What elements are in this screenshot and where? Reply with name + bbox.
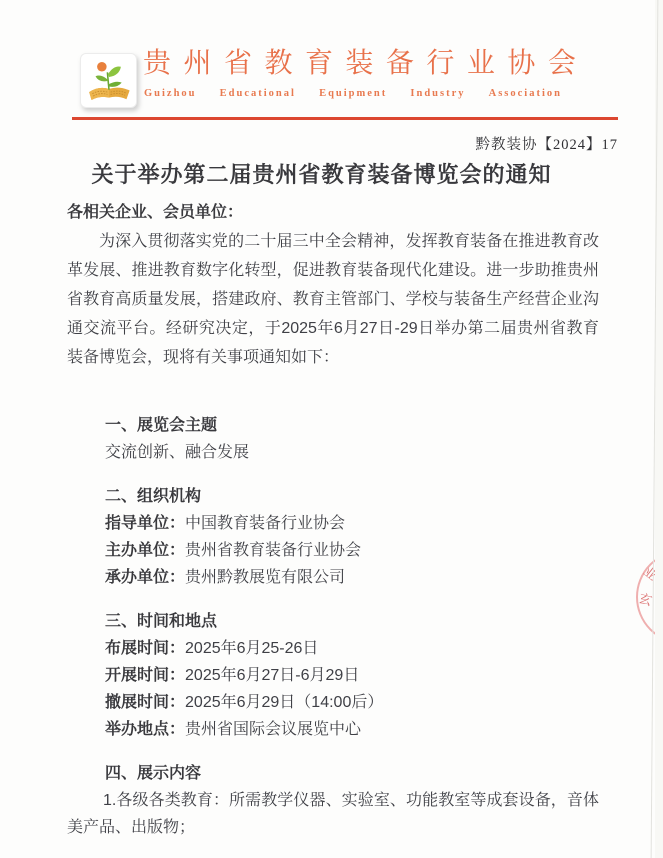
sections: 一、展览会主题交流创新、融合发展二、组织机构指导单位：中国教育装备行业协会主办单…: [67, 412, 599, 858]
org-name-word: Guizhou: [144, 88, 197, 99]
section-line-text: 贵州黔教展览有限公司: [185, 569, 345, 586]
org-name-chinese: 贵州省教育装备行业协会: [143, 46, 576, 80]
section-line-label: 布展时间：: [105, 640, 185, 657]
scanned-notice-page: 贵州省教育装备行业协会 GuizhouEducationalEquipmentI…: [0, 0, 663, 858]
org-name-char: 业: [467, 49, 495, 77]
section-heading: 三、时间和地点: [67, 608, 599, 635]
notice-title: 关于举办第二届贵州省教育装备博览会的通知: [0, 158, 643, 189]
section: 二、组织机构指导单位：中国教育装备行业协会主办单位：贵州省教育装备行业协会承办单…: [67, 483, 599, 591]
section-line-label: 开展时间：: [105, 667, 185, 684]
section-line: 开展时间：2025年6月27日-6月29日: [67, 662, 599, 689]
section-heading: 四、展示内容: [67, 760, 599, 787]
org-name-word: Equipment: [319, 88, 387, 99]
org-name-char: 省: [224, 49, 252, 77]
section-line-label: 举办地点：: [105, 721, 185, 738]
org-name-english: GuizhouEducationalEquipmentIndustryAssoc…: [144, 88, 562, 99]
section-line-label: 承办单位：: [105, 569, 185, 586]
section: 一、展览会主题交流创新、融合发展: [67, 412, 599, 466]
org-name-char: 备: [386, 49, 414, 77]
section-line-text: 2025年6月27日-6月29日: [185, 667, 359, 684]
org-name-word: Industry: [410, 88, 465, 99]
section: 四、展示内容1.各级各类教育：所需教学仪器、实验室、功能教室等成套设备，音体美产…: [67, 760, 599, 841]
section-paragraph: 1.各级各类教育：所需教学仪器、实验室、功能教室等成套设备，音体美产品、出版物；: [67, 787, 599, 841]
section-line: 布展时间：2025年6月25-26日: [67, 635, 599, 662]
section-heading: 一、展览会主题: [67, 412, 599, 439]
salutation: 各相关企业、会员单位：: [67, 199, 243, 222]
header-divider-line: [72, 117, 618, 120]
section-line: 主办单位：贵州省教育装备行业协会: [67, 537, 599, 564]
section-line-text: 贵州省国际会议展览中心: [185, 721, 361, 738]
org-name-word: Association: [489, 88, 562, 99]
section-line-text: 2025年6月25-26日: [185, 640, 318, 657]
section-line-label: 主办单位：: [105, 542, 185, 559]
intro-paragraph: 为深入贯彻落实党的二十届三中全会精神，发挥教育装备在推进教育改革发展、推进教育数…: [67, 227, 599, 372]
org-name-char: 协: [507, 49, 535, 77]
section-line-label: 撤展时间：: [105, 694, 185, 711]
section-line: 交流创新、融合发展: [67, 439, 599, 466]
org-name-char: 行: [426, 49, 454, 77]
section-line-text: 交流创新、融合发展: [105, 444, 249, 461]
org-name-word: Educational: [220, 88, 296, 99]
section-line-text: 中国教育装备行业协会: [185, 515, 345, 532]
section-line: 撤展时间：2025年6月29日（14:00后）: [67, 689, 599, 716]
association-logo: [80, 53, 137, 108]
document-number: 黔教装协【2024】17: [476, 133, 619, 154]
org-name-char: 装: [345, 49, 373, 77]
section: 三、时间和地点布展时间：2025年6月25-26日开展时间：2025年6月27日…: [67, 608, 599, 743]
org-name-char: 会: [548, 49, 576, 77]
org-name-char: 教: [264, 49, 292, 77]
section-heading: 二、组织机构: [67, 483, 599, 510]
section-line-text: 2025年6月29日（14:00后）: [185, 694, 383, 711]
open-book-sprout-icon: [85, 58, 133, 104]
org-name-char: 贵: [143, 49, 171, 77]
section-line-label: 指导单位：: [105, 515, 185, 532]
org-name-char: 州: [183, 49, 211, 77]
section-line: 举办地点：贵州省国际会议展览中心: [67, 716, 599, 743]
section-line: 承办单位：贵州黔教展览有限公司: [67, 564, 599, 591]
org-name-char: 育: [305, 49, 333, 77]
section-line-text: 贵州省教育装备行业协会: [185, 542, 361, 559]
section-line: 指导单位：中国教育装备行业协会: [67, 510, 599, 537]
